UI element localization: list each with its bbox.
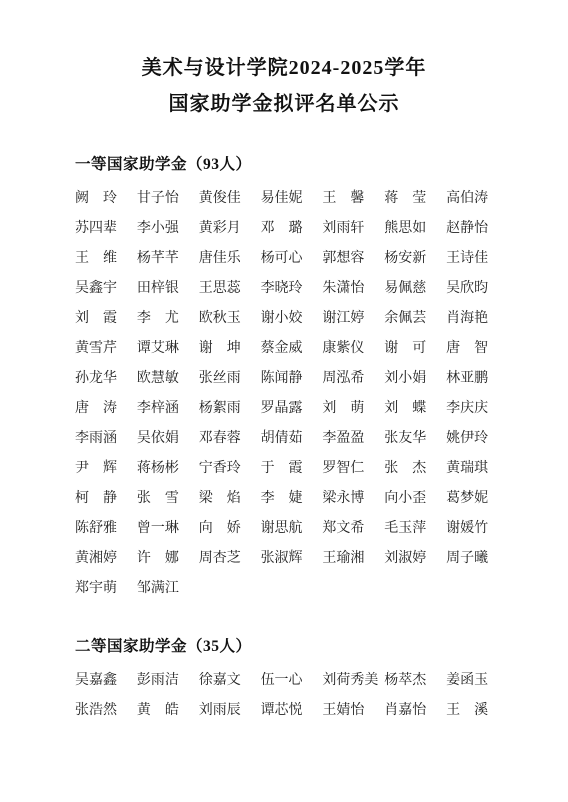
- student-name: 吴嘉鑫: [75, 666, 137, 696]
- student-name: 郑文希: [322, 514, 384, 544]
- student-name: 李庆庆: [446, 394, 508, 424]
- student-name: 谢江婷: [322, 304, 384, 334]
- student-name: 蔡金威: [261, 334, 323, 364]
- student-name: 胡倩茹: [261, 424, 323, 454]
- name-row: 孙龙华欧慧敏张丝雨陈闻静周泓希刘小娟林亚鹏: [75, 364, 508, 394]
- student-name: 谭芯悦: [261, 696, 323, 726]
- section-heading: 二等国家助学金（35人）: [75, 637, 508, 657]
- student-name: 黄雪芹: [75, 334, 137, 364]
- name-row: 苏四辈李小强黄彩月邓 璐刘雨轩熊思如赵静怡: [75, 214, 508, 244]
- student-name: 杨可心: [261, 244, 323, 274]
- student-name: 吴欣昀: [446, 274, 508, 304]
- student-name: 唐 涛: [75, 394, 137, 424]
- student-name: 郭想容: [322, 244, 384, 274]
- name-row: 唐 涛李梓涵杨絮雨罗晶露刘 萌刘 蝶李庆庆: [75, 394, 508, 424]
- student-name: 朱潇怡: [322, 274, 384, 304]
- student-name: 刘雨辰: [199, 696, 261, 726]
- section-heading: 一等国家助学金（93人）: [75, 155, 508, 175]
- name-row: 郑宇萌邹满江: [75, 574, 508, 604]
- student-name: 邹满江: [137, 574, 199, 604]
- student-name: 王 溪: [446, 696, 508, 726]
- student-name: 郑宇萌: [75, 574, 137, 604]
- student-name: 姜函玉: [446, 666, 508, 696]
- student-name: 唐 智: [446, 334, 508, 364]
- student-name: 张丝雨: [199, 364, 261, 394]
- name-row: 柯 静张 雪梁 焰李 婕梁永博向小歪葛梦妮: [75, 484, 508, 514]
- student-name: 李晓玲: [261, 274, 323, 304]
- student-name: 王婧怡: [322, 696, 384, 726]
- student-name: 肖嘉怡: [384, 696, 446, 726]
- name-row: 王 维杨芊芊唐佳乐杨可心郭想容杨安新王诗佳: [75, 244, 508, 274]
- student-name: 李梓涵: [137, 394, 199, 424]
- student-name: 刘 蝶: [384, 394, 446, 424]
- name-rows: 吴嘉鑫彭雨洁徐嘉文伍一心刘荷秀美杨萃杰姜函玉张浩然黄 皓刘雨辰谭芯悦王婧怡肖嘉怡…: [75, 666, 508, 726]
- student-name: 李 婕: [261, 484, 323, 514]
- student-name: 刘 萌: [322, 394, 384, 424]
- student-name: 毛玉萍: [384, 514, 446, 544]
- student-name: 田梓银: [137, 274, 199, 304]
- student-name: 邓 璐: [261, 214, 323, 244]
- student-name: 曾一琳: [137, 514, 199, 544]
- student-name: 李 尤: [137, 304, 199, 334]
- student-name: 罗智仁: [322, 454, 384, 484]
- student-name: 向小歪: [384, 484, 446, 514]
- student-name: 康紫仪: [322, 334, 384, 364]
- student-name: 陈闻静: [261, 364, 323, 394]
- student-name: 余佩芸: [384, 304, 446, 334]
- student-name: 王 馨: [322, 184, 384, 214]
- student-name: 欧秋玉: [199, 304, 261, 334]
- student-name: 梁永博: [322, 484, 384, 514]
- student-name: 梁 焰: [199, 484, 261, 514]
- student-name: 黄湘婷: [75, 544, 137, 574]
- name-row: 李雨涵吴依娟邓春蓉胡倩茹李盈盈张友华姚伊玲: [75, 424, 508, 454]
- student-name: 谢 可: [384, 334, 446, 364]
- student-name: 高伯涛: [446, 184, 508, 214]
- student-name: 熊思如: [384, 214, 446, 244]
- student-name: 张淑辉: [261, 544, 323, 574]
- student-name: 刘淑婷: [384, 544, 446, 574]
- student-name: 孙龙华: [75, 364, 137, 394]
- student-name: 张友华: [384, 424, 446, 454]
- document-title-line1: 美术与设计学院2024-2025学年: [0, 50, 568, 86]
- student-name: 张 杰: [384, 454, 446, 484]
- student-name: 吴依娟: [137, 424, 199, 454]
- student-name: 谭艾琳: [137, 334, 199, 364]
- name-row: 阙 玲甘子怡黄俊佳易佳妮王 馨蒋 莹高伯涛: [75, 184, 508, 214]
- name-row: 吴鑫宇田梓银王思蕊李晓玲朱潇怡易佩慈吴欣昀: [75, 274, 508, 304]
- sections-container: 一等国家助学金（93人）阙 玲甘子怡黄俊佳易佳妮王 馨蒋 莹高伯涛苏四辈李小强黄…: [75, 155, 508, 726]
- student-name: 李雨涵: [75, 424, 137, 454]
- student-name: 陈舒雅: [75, 514, 137, 544]
- student-name: 徐嘉文: [199, 666, 261, 696]
- name-rows: 阙 玲甘子怡黄俊佳易佳妮王 馨蒋 莹高伯涛苏四辈李小强黄彩月邓 璐刘雨轩熊思如赵…: [75, 184, 508, 604]
- student-name: 欧慧敏: [137, 364, 199, 394]
- student-name: 刘荷秀美: [322, 666, 384, 696]
- student-name: 王 维: [75, 244, 137, 274]
- student-name: 周杏芝: [199, 544, 261, 574]
- student-name: 伍一心: [261, 666, 323, 696]
- student-name: 向 娇: [199, 514, 261, 544]
- student-name: 王瑜湘: [322, 544, 384, 574]
- student-name: 周泓希: [322, 364, 384, 394]
- student-name: 易佳妮: [261, 184, 323, 214]
- student-name: 姚伊玲: [446, 424, 508, 454]
- name-row: 尹 辉蒋杨彬宁香玲于 霞罗智仁张 杰黄瑞琪: [75, 454, 508, 484]
- student-name: 刘 霞: [75, 304, 137, 334]
- student-name: 黄瑞琪: [446, 454, 508, 484]
- student-name: 罗晶露: [261, 394, 323, 424]
- student-name: 黄俊佳: [199, 184, 261, 214]
- student-name: 张 雪: [137, 484, 199, 514]
- student-name: 黄彩月: [199, 214, 261, 244]
- student-name: 苏四辈: [75, 214, 137, 244]
- student-name: 蒋 莹: [384, 184, 446, 214]
- student-name: 柯 静: [75, 484, 137, 514]
- document-page: 美术与设计学院2024-2025学年 国家助学金拟评名单公示 一等国家助学金（9…: [0, 0, 568, 802]
- student-name: 杨絮雨: [199, 394, 261, 424]
- student-name: 邓春蓉: [199, 424, 261, 454]
- student-name: 杨安新: [384, 244, 446, 274]
- student-name: 谢小姣: [261, 304, 323, 334]
- student-name: 于 霞: [261, 454, 323, 484]
- document-body: 一等国家助学金（93人）阙 玲甘子怡黄俊佳易佳妮王 馨蒋 莹高伯涛苏四辈李小强黄…: [75, 155, 508, 726]
- student-name: 谢思航: [261, 514, 323, 544]
- name-row: 吴嘉鑫彭雨洁徐嘉文伍一心刘荷秀美杨萃杰姜函玉: [75, 666, 508, 696]
- name-row: 黄湘婷许 娜周杏芝张淑辉王瑜湘刘淑婷周子曦: [75, 544, 508, 574]
- name-row: 陈舒雅曾一琳向 娇谢思航郑文希毛玉萍谢媛竹: [75, 514, 508, 544]
- student-name: 杨萃杰: [384, 666, 446, 696]
- student-name: 王诗佳: [446, 244, 508, 274]
- student-name: 彭雨洁: [137, 666, 199, 696]
- student-name: 林亚鹏: [446, 364, 508, 394]
- student-name: 尹 辉: [75, 454, 137, 484]
- name-row: 黄雪芹谭艾琳谢 坤蔡金威康紫仪谢 可唐 智: [75, 334, 508, 364]
- student-name: 刘雨轩: [322, 214, 384, 244]
- student-name: 吴鑫宇: [75, 274, 137, 304]
- student-name: 李盈盈: [322, 424, 384, 454]
- student-name: 王思蕊: [199, 274, 261, 304]
- student-name: 李小强: [137, 214, 199, 244]
- student-name: 杨芊芊: [137, 244, 199, 274]
- student-name: 张浩然: [75, 696, 137, 726]
- student-name: 谢 坤: [199, 334, 261, 364]
- student-name: 阙 玲: [75, 184, 137, 214]
- document-title-line2: 国家助学金拟评名单公示: [0, 86, 568, 122]
- student-name: 葛梦妮: [446, 484, 508, 514]
- student-name: 赵静怡: [446, 214, 508, 244]
- student-name: 易佩慈: [384, 274, 446, 304]
- student-name: 肖海艳: [446, 304, 508, 334]
- name-row: 张浩然黄 皓刘雨辰谭芯悦王婧怡肖嘉怡王 溪: [75, 696, 508, 726]
- student-name: 许 娜: [137, 544, 199, 574]
- student-name: 周子曦: [446, 544, 508, 574]
- student-name: 黄 皓: [137, 696, 199, 726]
- student-name: 刘小娟: [384, 364, 446, 394]
- student-name: 宁香玲: [199, 454, 261, 484]
- student-name: 甘子怡: [137, 184, 199, 214]
- name-row: 刘 霞李 尤欧秋玉谢小姣谢江婷余佩芸肖海艳: [75, 304, 508, 334]
- student-name: 蒋杨彬: [137, 454, 199, 484]
- student-name: 唐佳乐: [199, 244, 261, 274]
- student-name: 谢媛竹: [446, 514, 508, 544]
